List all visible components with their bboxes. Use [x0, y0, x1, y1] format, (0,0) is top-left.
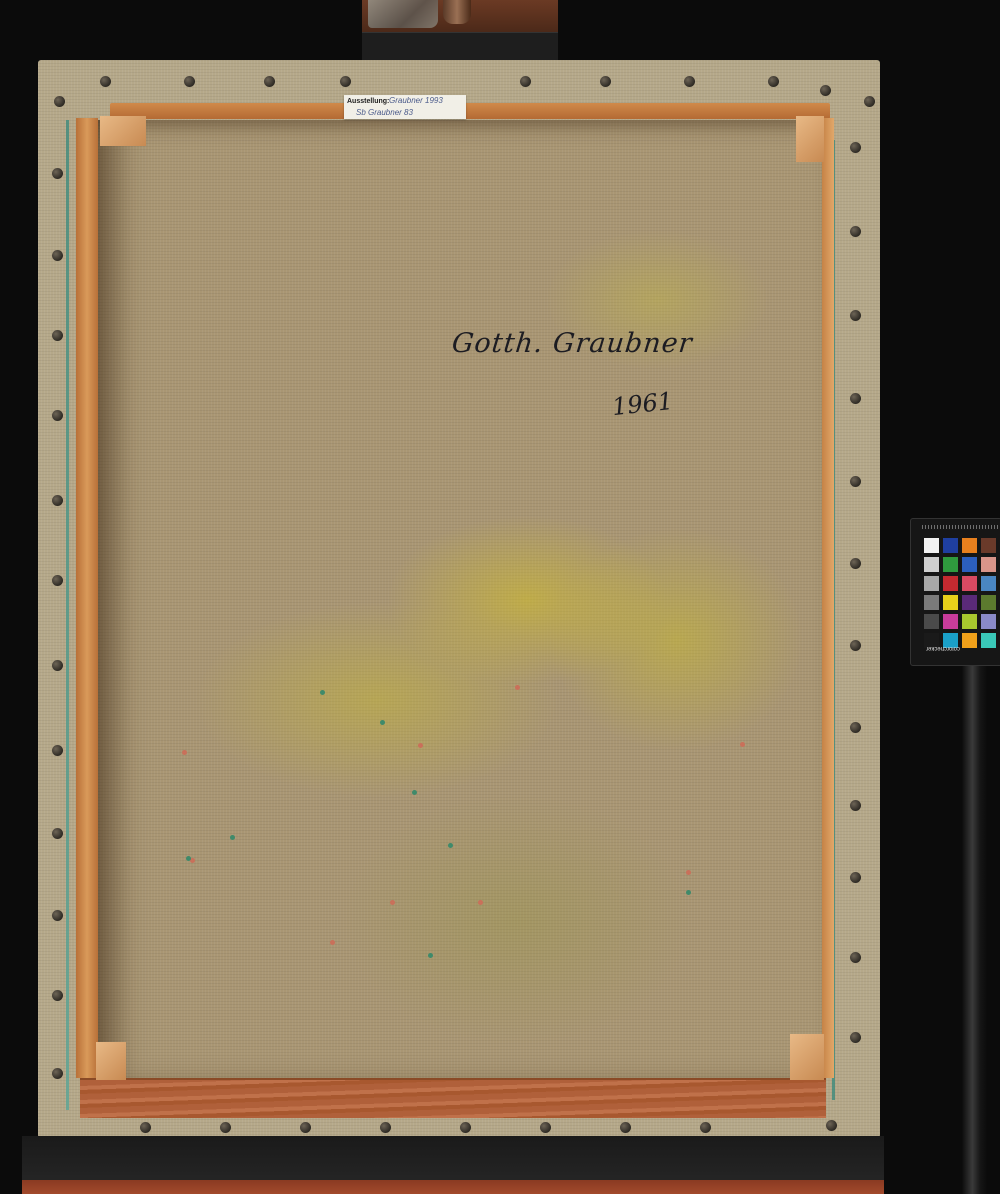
tack	[700, 1122, 711, 1133]
color-swatch	[981, 595, 996, 610]
stretcher-bar-bottom	[80, 1078, 826, 1118]
splatter	[390, 900, 395, 905]
tack	[684, 76, 695, 87]
splatter	[182, 750, 187, 755]
tack	[184, 76, 195, 87]
stretcher-bar-right	[822, 118, 834, 1078]
color-swatch	[962, 595, 977, 610]
checker-brand-text: colorchecker	[926, 645, 960, 651]
tack	[52, 495, 63, 506]
tack	[52, 250, 63, 261]
tack	[52, 828, 63, 839]
corner-key-bottom-right	[790, 1034, 824, 1080]
tack	[264, 76, 275, 87]
tack	[52, 660, 63, 671]
corner-key-top-left	[100, 116, 146, 146]
splatter	[686, 870, 691, 875]
tack	[850, 1032, 861, 1043]
color-swatch	[962, 557, 977, 572]
splatter	[478, 900, 483, 905]
easel-top-clamp	[362, 32, 558, 61]
tack	[864, 96, 875, 107]
color-checker-swatches	[924, 538, 996, 648]
splatter	[320, 690, 325, 695]
exhibition-label-value: Graubner 1993	[389, 96, 443, 105]
color-swatch	[981, 538, 996, 553]
color-swatch	[962, 614, 977, 629]
splatter	[686, 890, 691, 895]
easel-top-knob	[443, 0, 471, 24]
tack	[820, 85, 831, 96]
color-swatch	[981, 633, 996, 648]
easel-ledge	[22, 1136, 884, 1182]
color-swatch	[924, 576, 939, 591]
tack	[850, 476, 861, 487]
color-swatch	[924, 614, 939, 629]
tack	[826, 1120, 837, 1131]
corner-key-top-right	[796, 116, 824, 162]
tack	[52, 330, 63, 341]
splatter	[515, 685, 520, 690]
tack	[300, 1122, 311, 1133]
tack	[850, 142, 861, 153]
tack	[140, 1122, 151, 1133]
tack	[54, 96, 65, 107]
easel-top-fitting	[368, 0, 438, 28]
tack	[850, 310, 861, 321]
splatter	[186, 856, 191, 861]
tack	[768, 76, 779, 87]
color-swatch	[924, 538, 939, 553]
color-swatch	[943, 538, 958, 553]
tack	[100, 76, 111, 87]
tack	[220, 1122, 231, 1133]
color-swatch	[981, 614, 996, 629]
splatter	[380, 720, 385, 725]
tack	[460, 1122, 471, 1133]
tack	[850, 226, 861, 237]
splatter	[412, 790, 417, 795]
stretcher-bar-left	[76, 118, 98, 1078]
color-swatch	[943, 595, 958, 610]
splatter	[740, 742, 745, 747]
tack	[380, 1122, 391, 1133]
tack	[850, 722, 861, 733]
splatter	[330, 940, 335, 945]
easel-base-wood	[22, 1180, 884, 1194]
inner-canvas-panel	[97, 120, 825, 1080]
exhibition-label-number: Sb Graubner 83	[356, 108, 413, 117]
color-swatch	[924, 557, 939, 572]
color-swatch	[943, 614, 958, 629]
tack	[850, 800, 861, 811]
stretcher-bar-top	[110, 103, 830, 119]
checker-stand-pole	[962, 660, 988, 1194]
tack	[52, 1068, 63, 1079]
corner-key-bottom-left	[96, 1042, 126, 1080]
color-swatch	[962, 633, 977, 648]
tack	[850, 952, 861, 963]
tack	[850, 393, 861, 404]
color-swatch	[924, 595, 939, 610]
tack	[850, 558, 861, 569]
tack	[520, 76, 531, 87]
color-swatch	[981, 576, 996, 591]
color-swatch	[962, 538, 977, 553]
left-edge-thread	[66, 120, 69, 1110]
splatter	[230, 835, 235, 840]
color-swatch	[962, 576, 977, 591]
splatter	[428, 953, 433, 958]
splatter	[418, 743, 423, 748]
tack	[340, 76, 351, 87]
color-swatch	[943, 576, 958, 591]
tack	[52, 990, 63, 1001]
tack	[52, 410, 63, 421]
tack	[52, 745, 63, 756]
tack	[52, 910, 63, 921]
color-swatch	[981, 557, 996, 572]
tack	[52, 575, 63, 586]
checker-ruler	[922, 525, 998, 529]
tack	[850, 640, 861, 651]
tack	[52, 168, 63, 179]
tack	[620, 1122, 631, 1133]
tack	[850, 872, 861, 883]
exhibition-label-key: Ausstellung:	[347, 98, 389, 105]
color-swatch	[943, 557, 958, 572]
artist-signature: Gotth. Graubner	[450, 328, 694, 359]
splatter	[448, 843, 453, 848]
tack	[540, 1122, 551, 1133]
tack	[600, 76, 611, 87]
